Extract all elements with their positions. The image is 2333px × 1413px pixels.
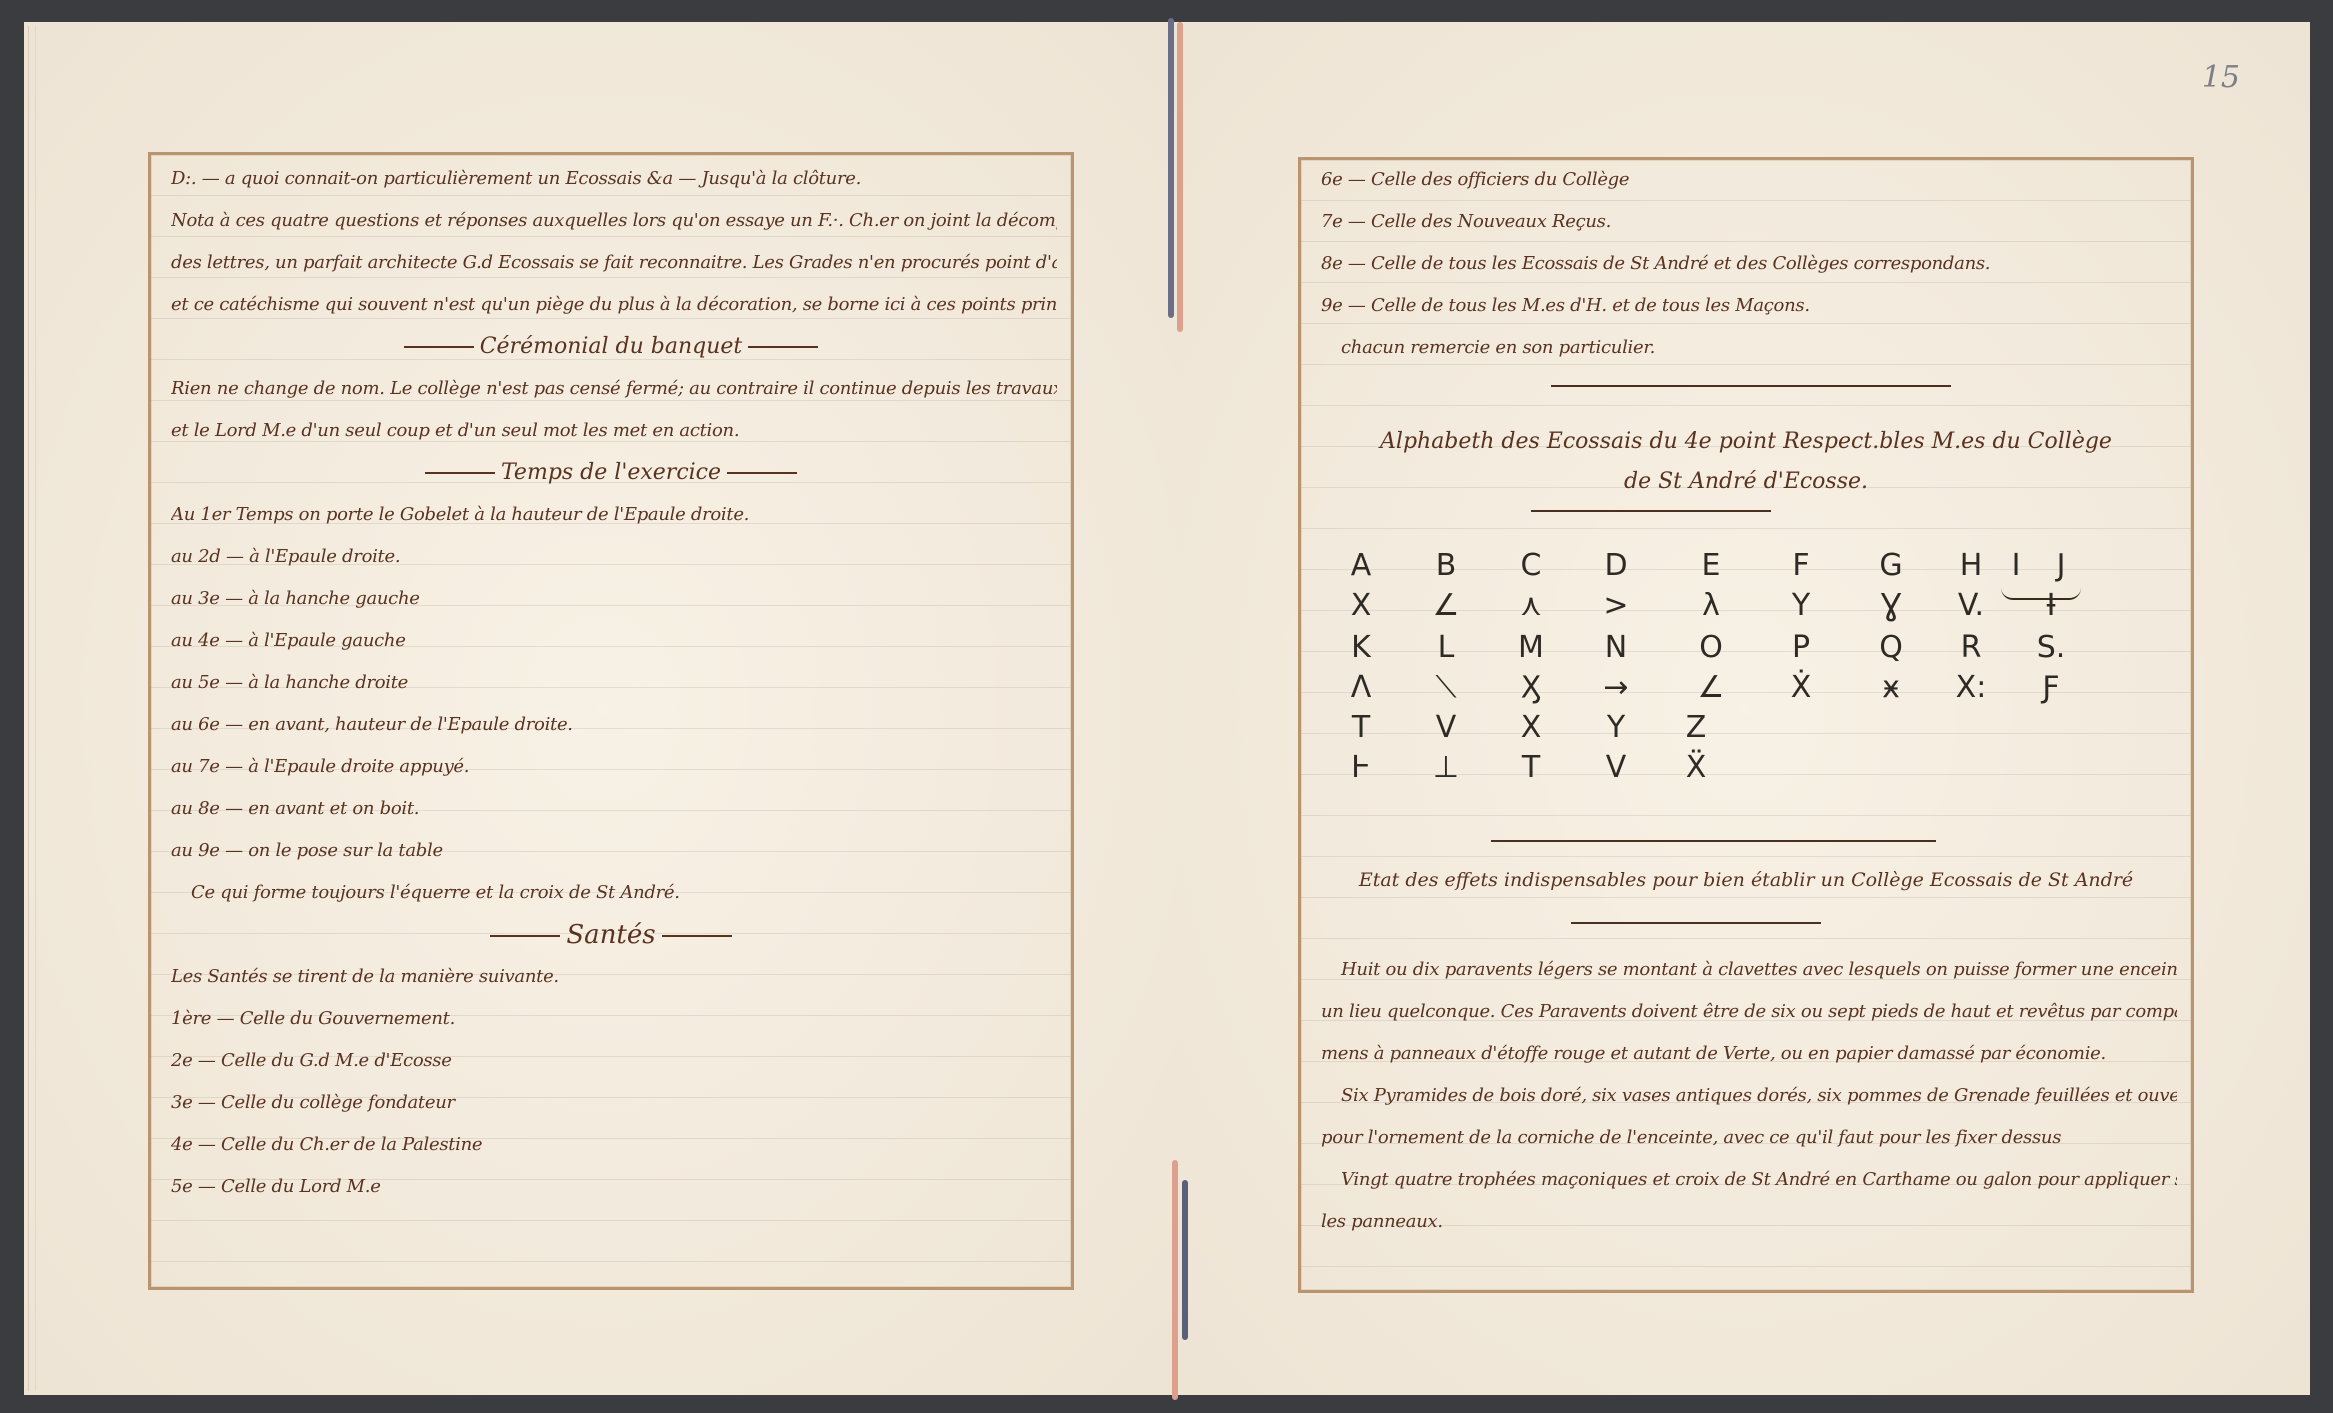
text-line: 7e — Celle des Nouveaux Reçus. [1321, 202, 2177, 242]
cipher-letter: N [1586, 630, 1646, 665]
text-line: 1ère — Celle du Gouvernement. [171, 999, 1057, 1039]
divider-rule [1491, 840, 1936, 842]
cipher-symbol: Ɣ [1861, 588, 1921, 623]
cipher-letter: K [1331, 630, 1391, 665]
text-line: un lieu quelconque. Ces Paravents doiven… [1321, 992, 2177, 1032]
cipher-letter: J [2031, 548, 2091, 583]
text-line: Au 1er Temps on porte le Gobelet à la ha… [171, 495, 1057, 535]
text-line: Six Pyramides de bois doré, six vases an… [1321, 1076, 2177, 1116]
right-page: 15 6e — Celle des officiers du Collège 7… [1180, 22, 2310, 1395]
right-page-frame: 6e — Celle des officiers du Collège 7e —… [1298, 157, 2194, 1293]
binding-thread-blue-top [1168, 18, 1174, 318]
cipher-letter: M [1501, 630, 1561, 665]
cipher-letter: A [1331, 548, 1391, 583]
cipher-symbol: Ẍ [1666, 750, 1726, 785]
cipher-letter: L [1416, 630, 1476, 665]
section-heading-banquet: Cérémonial du banquet [151, 327, 1071, 367]
cipher-symbol: ⟍ [1416, 670, 1476, 705]
text-line: Les Santés se tirent de la manière suiva… [171, 957, 1057, 997]
page-number: 15 [2202, 60, 2240, 95]
cipher-symbol: X [1331, 588, 1391, 623]
cipher-symbol: ∠ [1681, 670, 1741, 705]
text-line: chacun remercie en son particulier. [1321, 328, 2177, 368]
text-line: 9e — Celle de tous les M.es d'H. et de t… [1321, 286, 2177, 326]
left-page-text: D:. — a quoi connait-on particulièrement… [151, 155, 1071, 1287]
cipher-symbol: Λ [1331, 670, 1391, 705]
cipher-symbol: ∠ [1416, 588, 1476, 623]
cipher-letter: G [1861, 548, 1921, 583]
cipher-letter: Q [1861, 630, 1921, 665]
cipher-symbol: ӿ [1861, 670, 1921, 705]
text-line: Vingt quatre trophées maçoniques et croi… [1321, 1160, 2177, 1200]
text-line: 3e — Celle du collège fondateur [171, 1083, 1057, 1123]
text-line: Rien ne change de nom. Le collège n'est … [171, 369, 1057, 409]
cipher-letter: Z [1666, 710, 1726, 745]
binding-thread-red-top [1177, 22, 1183, 332]
cipher-symbol: ⊥ [1416, 750, 1476, 785]
right-page-text: 6e — Celle des officiers du Collège 7e —… [1301, 160, 2191, 1290]
cipher-symbol: Ƒ [2021, 670, 2081, 705]
cipher-letter: V [1416, 710, 1476, 745]
cipher-symbol: Ẋ [1771, 670, 1831, 705]
cipher-symbol: ⋏ [1501, 588, 1561, 623]
etat-title: Etat des effets indispensables pour bien… [1301, 860, 2191, 900]
divider-rule [1571, 922, 1821, 924]
text-line: D:. — a quoi connait-on particulièrement… [171, 159, 1057, 199]
cipher-symbol: > [1586, 588, 1646, 623]
text-line: des lettres, un parfait architecte G.d E… [171, 243, 1057, 283]
cipher-letter: R [1941, 630, 2001, 665]
text-line: au 7e — à l'Epaule droite appuyé. [171, 747, 1057, 787]
cipher-letter: O [1681, 630, 1741, 665]
cipher-symbol: V [1586, 750, 1646, 785]
cipher-symbol: Ɨ [2021, 588, 2081, 623]
divider-rule [1551, 385, 1951, 387]
cipher-symbol: V. [1941, 588, 2001, 623]
text-line: Huit ou dix paravents légers se montant … [1321, 950, 2177, 990]
text-line: au 2d — à l'Epaule droite. [171, 537, 1057, 577]
alphabet-subtitle: de St André d'Ecosse. [1301, 462, 2191, 502]
alphabet-title: Alphabeth des Ecossais du 4e point Respe… [1301, 422, 2191, 462]
cipher-letter: X [1501, 710, 1561, 745]
cipher-symbol: X: [1941, 670, 2001, 705]
text-line: 8e — Celle de tous les Ecossais de St An… [1321, 244, 2177, 284]
cipher-letter: T [1331, 710, 1391, 745]
text-line: pour l'ornement de la corniche de l'ence… [1321, 1118, 2177, 1158]
cipher-symbol: λ [1681, 588, 1741, 623]
binding-thread-blue-bottom [1182, 1180, 1188, 1340]
text-line: au 6e — en avant, hauteur de l'Epaule dr… [171, 705, 1057, 745]
text-line: au 3e — à la hanche gauche [171, 579, 1057, 619]
text-line: et ce catéchisme qui souvent n'est qu'un… [171, 285, 1057, 325]
cipher-letter: Y [1586, 710, 1646, 745]
section-heading-exercice: Temps de l'exercice [151, 453, 1071, 493]
text-line: mens à panneaux d'étoffe rouge et autant… [1321, 1034, 2177, 1074]
cipher-letter: C [1501, 548, 1561, 583]
binding-thread-red-bottom [1172, 1160, 1178, 1400]
cipher-symbol: → [1586, 670, 1646, 705]
cipher-symbol: Ⱶ [1331, 750, 1391, 785]
cipher-letter: D [1586, 548, 1646, 583]
text-line: les panneaux. [1321, 1202, 2177, 1242]
text-line: 2e — Celle du G.d M.e d'Ecosse [171, 1041, 1057, 1081]
section-heading-santes: Santés [151, 915, 1071, 955]
text-line: au 4e — à l'Epaule gauche [171, 621, 1057, 661]
text-line: et le Lord M.e d'un seul coup et d'un se… [171, 411, 1057, 451]
cipher-symbol: Y [1771, 588, 1831, 623]
cipher-letter: B [1416, 548, 1476, 583]
divider-rule [1531, 510, 1771, 512]
text-line: au 8e — en avant et on boit. [171, 789, 1057, 829]
cipher-letter: E [1681, 548, 1741, 583]
text-line: 5e — Celle du Lord M.e [171, 1167, 1057, 1207]
text-line: 4e — Celle du Ch.er de la Palestine [171, 1125, 1057, 1165]
left-page-frame: D:. — a quoi connait-on particulièrement… [148, 152, 1074, 1290]
cipher-symbol: T [1501, 750, 1561, 785]
text-line: 6e — Celle des officiers du Collège [1321, 160, 2177, 200]
text-line: Ce qui forme toujours l'équerre et la cr… [171, 873, 1057, 913]
left-page: D:. — a quoi connait-on particulièrement… [24, 22, 1181, 1395]
cipher-letter: P [1771, 630, 1831, 665]
cipher-symbol: Ӽ [1501, 670, 1561, 705]
cipher-letter: F [1771, 548, 1831, 583]
text-line: au 5e — à la hanche droite [171, 663, 1057, 703]
cipher-letter: S. [2021, 630, 2081, 665]
text-line: Nota à ces quatre questions et réponses … [171, 201, 1057, 241]
text-line: au 9e — on le pose sur la table [171, 831, 1057, 871]
